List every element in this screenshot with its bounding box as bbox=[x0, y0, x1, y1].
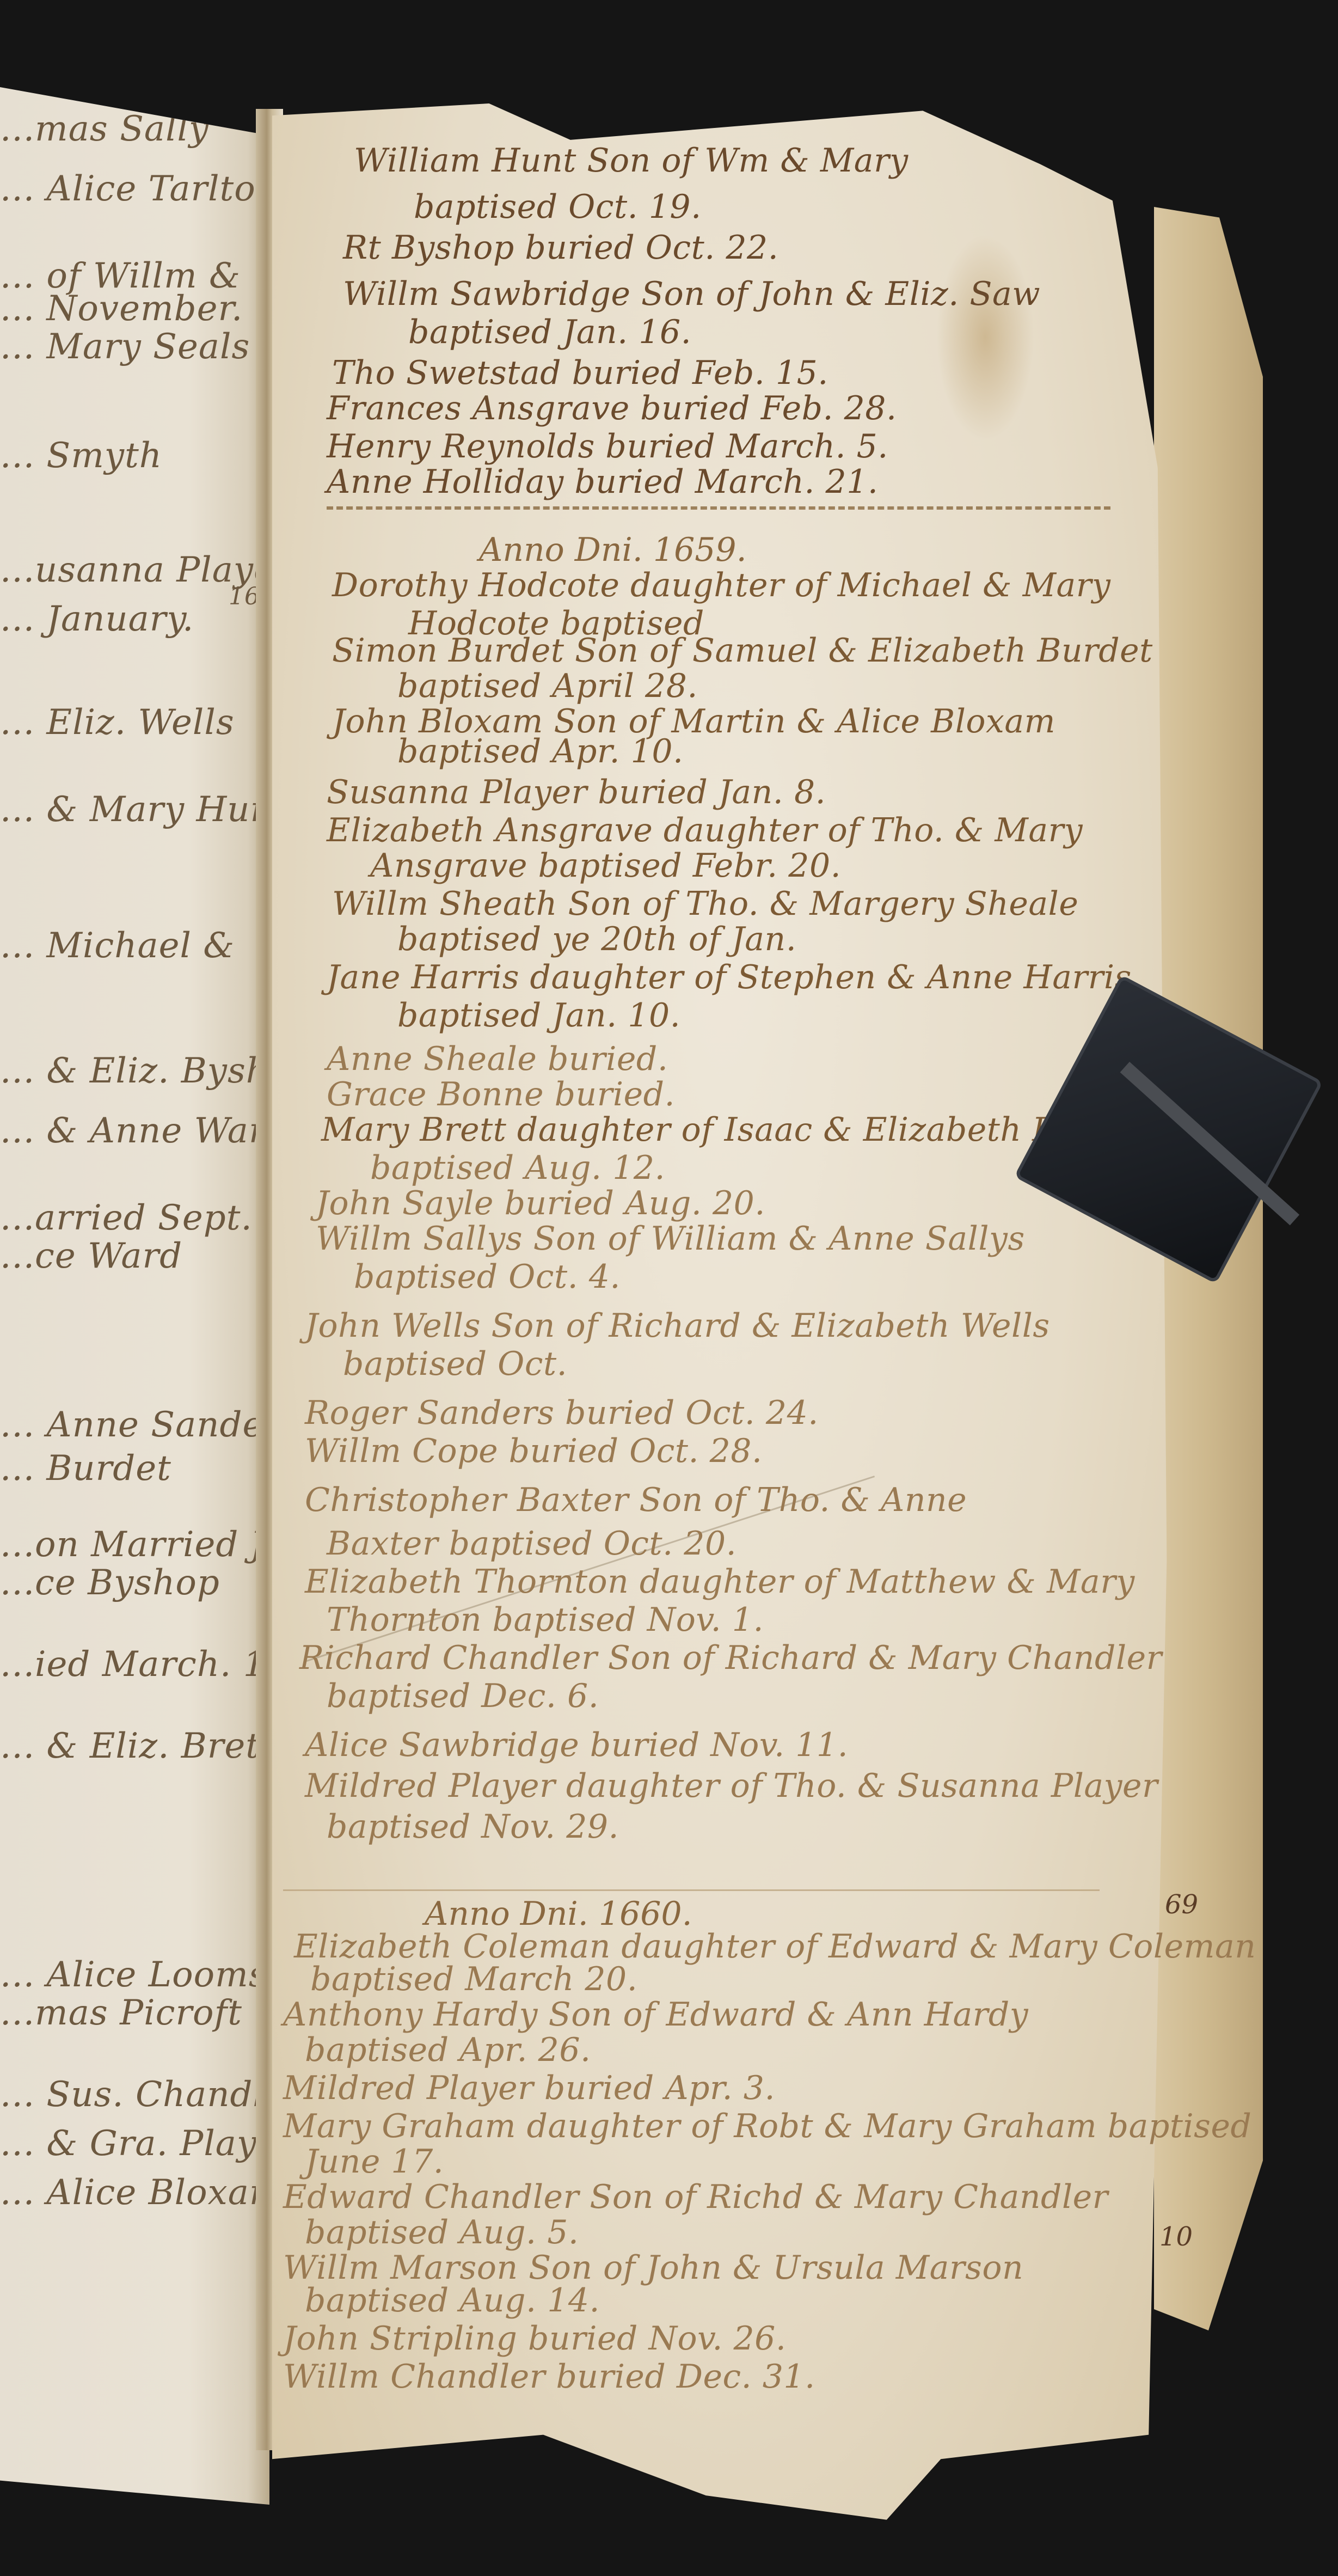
register-entry: Richard Chandler Son of Richard & Mary C… bbox=[299, 1639, 1162, 1677]
register-entry: Alice Sawbridge buried Nov. 11. bbox=[305, 1726, 848, 1764]
register-entry: Willm Sawbridge Son of John & Eliz. Saw bbox=[343, 275, 1040, 313]
left-line: ... & Gra. Player bbox=[0, 2124, 296, 2164]
register-entry: Anthony Hardy Son of Edward & Ann Hardy bbox=[283, 1996, 1028, 2034]
left-line: ... Burdet bbox=[0, 1448, 171, 1489]
register-entry: John Stripling buried Nov. 26. bbox=[283, 2320, 786, 2358]
left-line: ...mas Sally bbox=[0, 109, 209, 149]
register-entry: Frances Ansgrave buried Feb. 28. bbox=[327, 389, 897, 427]
register-entry: Dorothy Hodcote daughter of Michael & Ma… bbox=[332, 566, 1110, 604]
left-line: ... Alice Bloxam bbox=[0, 2173, 283, 2213]
register-entry: Anne Sheale buried. bbox=[327, 1040, 668, 1078]
register-entry: Mary Graham daughter of Robt & Mary Grah… bbox=[283, 2107, 1251, 2145]
register-entry: baptised Dec. 6. bbox=[327, 1677, 599, 1715]
left-line: ... & Mary Hunt bbox=[0, 790, 287, 830]
fold-note: 10 bbox=[1159, 2222, 1193, 2252]
left-line: ... Eliz. Wells bbox=[0, 702, 235, 743]
register-scan: ...mas Sally ... Alice Tarlton ... of Wi… bbox=[0, 0, 1338, 2576]
left-line: ... January. bbox=[0, 599, 194, 639]
register-entry: Willm Sallys Son of William & Anne Sally… bbox=[316, 1220, 1025, 1258]
register-entry: Willm Chandler buried Dec. 31. bbox=[283, 2358, 815, 2396]
register-entry: baptised April 28. bbox=[397, 667, 698, 705]
register-entry: baptised ye 20th of Jan. bbox=[397, 920, 796, 958]
register-entry: baptised Aug. 14. bbox=[305, 2281, 600, 2320]
left-line: ... Smyth bbox=[0, 436, 162, 476]
register-entry: baptised Oct. 4. bbox=[354, 1258, 621, 1296]
left-line: ...arried Sept. bbox=[0, 1198, 253, 1238]
left-line: ...mas Picroft bbox=[0, 1993, 242, 2033]
year-heading-1659: Anno Dni. 1659. bbox=[479, 531, 747, 569]
left-line: ... Michael & bbox=[0, 926, 235, 966]
register-entry: Christopher Baxter Son of Tho. & Anne bbox=[305, 1481, 967, 1519]
left-line: ... Alice Tarlton bbox=[0, 169, 279, 209]
section-separator bbox=[327, 506, 1110, 510]
left-line: ... & Anne Ward bbox=[0, 1111, 289, 1151]
register-entry: June 17. bbox=[305, 2143, 444, 2181]
register-entry: Mary Brett daughter of Isaac & Elizabeth… bbox=[321, 1111, 1119, 1149]
left-line: ... Alice Looms bbox=[0, 1955, 267, 1995]
left-line: ... & Eliz. Brett bbox=[0, 1726, 275, 1766]
register-entry: Anne Holliday buried March. 21. bbox=[327, 463, 878, 501]
fold-note: 69 bbox=[1165, 1889, 1198, 1920]
register-entry: baptised Apr. 10. bbox=[397, 732, 684, 770]
left-line: ... Mary Seals bbox=[0, 327, 250, 367]
register-entry: Edward Chandler Son of Richd & Mary Chan… bbox=[283, 2178, 1108, 2216]
register-entry: John Wells Son of Richard & Elizabeth We… bbox=[305, 1307, 1050, 1345]
left-line: ... Anne Sanders bbox=[0, 1405, 299, 1445]
left-line: ...ce Ward bbox=[0, 1236, 182, 1276]
register-entry: Mildred Player buried Apr. 3. bbox=[283, 2069, 775, 2107]
register-entry: Susanna Player buried Jan. 8. bbox=[327, 773, 826, 811]
register-entry: Willm Sheath Son of Tho. & Margery Sheal… bbox=[332, 885, 1078, 923]
register-entry: John Sayle buried Aug. 20. bbox=[316, 1184, 765, 1222]
register-entry: baptised Oct. 19. bbox=[414, 188, 702, 226]
left-line: ... & Eliz. Bysh bbox=[0, 1051, 269, 1091]
section-separator bbox=[283, 1889, 1100, 1891]
register-entry: baptised Jan. 16. bbox=[408, 313, 691, 351]
left-line: ...ce Byshop bbox=[0, 1563, 220, 1603]
register-entry: baptised Aug. 5. bbox=[305, 2213, 579, 2251]
left-line: ... November. bbox=[0, 289, 243, 329]
register-entry: baptised March 20. bbox=[310, 1960, 637, 1998]
register-entry: baptised Aug. 12. bbox=[370, 1149, 665, 1187]
register-entry: baptised Oct. bbox=[343, 1345, 567, 1383]
register-entry: Mildred Player daughter of Tho. & Susann… bbox=[305, 1767, 1158, 1805]
left-page: ...mas Sally ... Alice Tarlton ... of Wi… bbox=[0, 87, 269, 2505]
register-entry: Tho Swetstad buried Feb. 15. bbox=[332, 354, 828, 392]
register-entry: Elizabeth Thornton daughter of Matthew &… bbox=[305, 1563, 1135, 1601]
register-entry: Rt Byshop buried Oct. 22. bbox=[343, 229, 778, 267]
register-entry: William Hunt Son of Wm & Mary bbox=[354, 142, 909, 180]
register-entry: Baxter baptised Oct. 20. bbox=[327, 1525, 736, 1563]
water-stain bbox=[936, 234, 1034, 441]
register-entry: Elizabeth Ansgrave daughter of Tho. & Ma… bbox=[327, 811, 1083, 849]
register-entry: Grace Bonne buried. bbox=[327, 1075, 675, 1113]
register-entry: Roger Sanders buried Oct. 24. bbox=[305, 1394, 819, 1432]
register-entry: Henry Reynolds buried March. 5. bbox=[327, 427, 888, 466]
register-entry: baptised Nov. 29. bbox=[327, 1808, 619, 1846]
register-entry: Simon Burdet Son of Samuel & Elizabeth B… bbox=[332, 632, 1153, 670]
register-entry: baptised Jan. 10. bbox=[397, 996, 680, 1035]
register-entry: Ansgrave baptised Febr. 20. bbox=[370, 847, 841, 885]
register-entry: Jane Harris daughter of Stephen & Anne H… bbox=[327, 958, 1132, 996]
left-line: ...ied March. 1. bbox=[0, 1644, 278, 1685]
register-entry: Willm Cope buried Oct. 28. bbox=[305, 1432, 763, 1470]
register-entry: Thornton baptised Nov. 1. bbox=[327, 1601, 764, 1639]
register-entry: baptised Apr. 26. bbox=[305, 2031, 591, 2069]
